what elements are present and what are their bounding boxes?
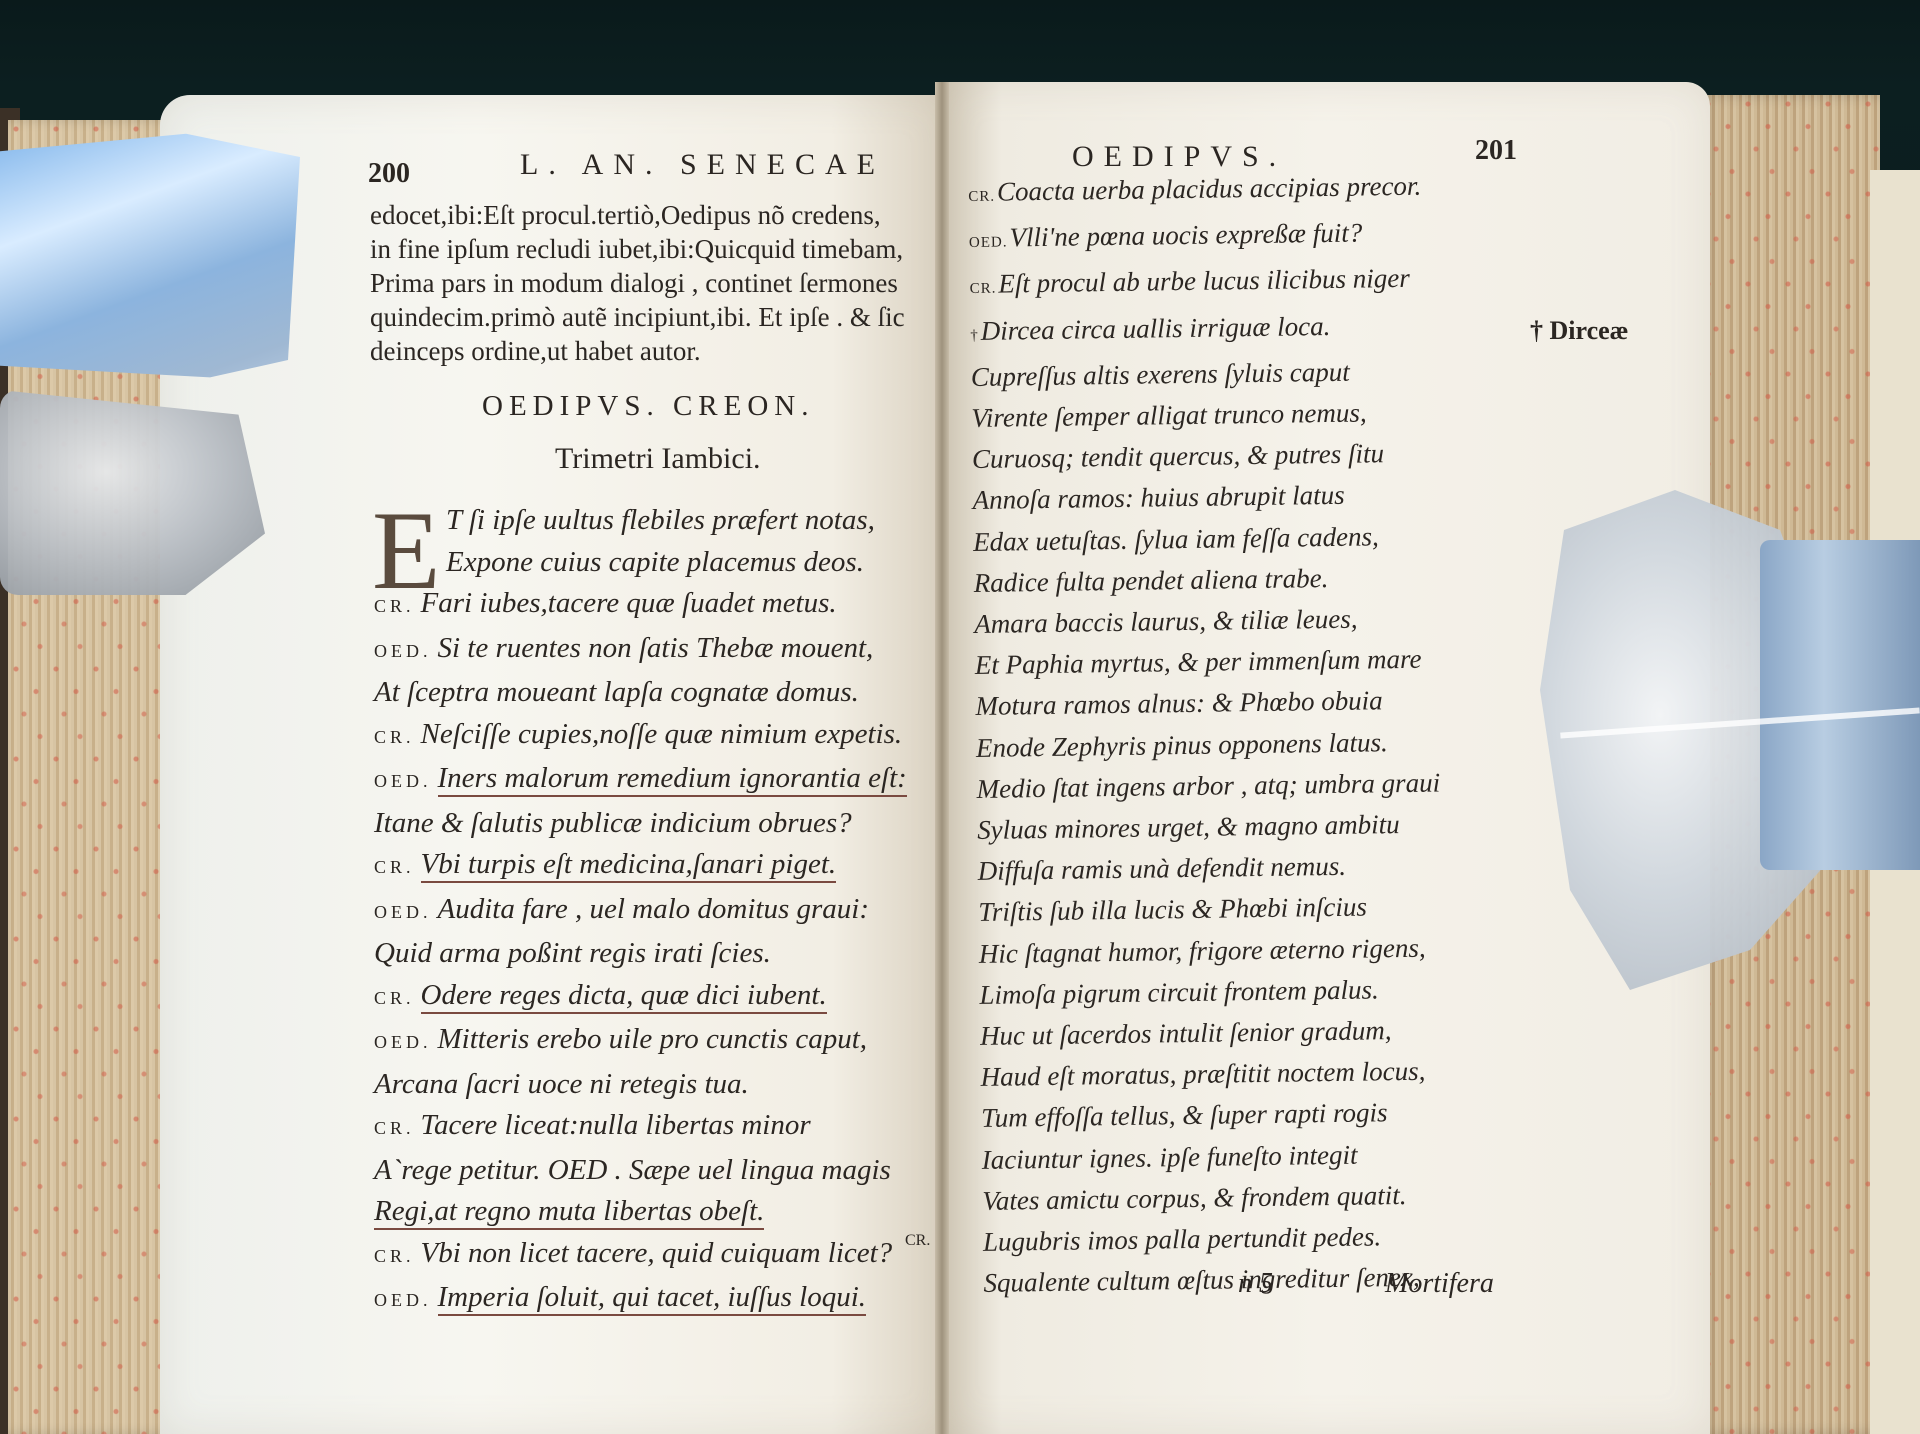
verse-line: Limoſa pigrum circuit frontem palus. (979, 968, 1443, 1016)
speaker-label: OED. (374, 771, 432, 791)
verse-line: Edax uetuſtas. ſylua iam feſſa cadens, (973, 515, 1437, 563)
verse-line: OED.Vlli'ne pœna uocis expreßæ fuit? (969, 212, 1433, 265)
prose-line: quindecim.primò autẽ incipiunt,ibi. Et i… (370, 300, 905, 334)
verse-line: †Dircea circa uallis irriguæ loca. (970, 304, 1434, 357)
verse-line: Squalente cultum œſtus ingreditur ſenex, (983, 1257, 1447, 1305)
verse-line: T ſi ipſe uultus flebiles præfert notas, (374, 500, 907, 542)
signature-mark: n 5 (1238, 1268, 1273, 1300)
left-verse-block: T ſi ipſe uultus flebiles præfert notas,… (374, 500, 907, 1322)
weight-bag-right-foil[interactable] (1760, 540, 1920, 870)
verse-line: Vates amictu corpus, & frondem quatit. (982, 1174, 1446, 1222)
verse-line: Cupreſſus altis exerens ſyluis caput (971, 350, 1435, 398)
verse-line: Diffuſa ramis unà defendit nemus. (977, 845, 1441, 893)
left-running-head: L. AN. SENECAE (520, 148, 885, 182)
meter-heading: Trimetri Iambici. (555, 442, 761, 476)
speaker-label: CR. (374, 1246, 415, 1266)
verse-line-underlined: CR.Odere reges dicta, quæ dici iubent. (374, 975, 907, 1020)
verse-line: Triſtis ſub illa lucis & Phœbi inſcius (978, 886, 1442, 934)
verse-line: Haud eſt moratus, præſtitit noctem locus… (980, 1051, 1444, 1099)
weight-bag-left-contents[interactable] (0, 390, 265, 595)
prose-line: Prima pars in modum dialogi , continet ſ… (370, 266, 905, 300)
dagger-mark: † (970, 327, 979, 343)
section-heading: OEDIPVS. CREON. (482, 390, 815, 423)
verse-line: Motura ramos alnus: & Phœbo obuia (975, 680, 1439, 728)
verse-line: CR.Neſciſſe cupies,noſſe quæ nimium expe… (374, 714, 907, 759)
verse-line: Lugubris imos palla pertundit pedes. (983, 1216, 1447, 1264)
speaker-label: CR. (374, 727, 415, 747)
left-prose-block: edocet,ibi:Eſt procul.tertiò,Oedipus nõ … (370, 198, 905, 368)
speaker-label: OED. (374, 641, 432, 661)
verse-line: OED.Audita fare , uel malo domitus graui… (374, 889, 907, 934)
verse-line: CR.Eſt procul ab urbe lucus ilicibus nig… (969, 258, 1433, 311)
verse-line: At ſceptra moueant lapſa cognatæ domus. (374, 672, 907, 714)
verse-line: Medio ſtat ingens arbor , atq; umbra gra… (976, 762, 1440, 810)
verse-line: CR.Fari iubes,tacere quæ ſuadet metus. (374, 583, 907, 628)
verse-line: Expone cuius capite placemus deos. (374, 542, 907, 584)
verse-line: A`rege petitur. OED . Sæpe uel lingua ma… (374, 1150, 907, 1192)
verse-line-underlined: OED.Iners malorum remedium ignorantia eſ… (374, 758, 907, 803)
verse-line-underlined: CR.Vbi turpis eſt medicina,ſanari piget. (374, 844, 907, 889)
verse-line: Radice fulta pendet aliena trabe. (973, 556, 1437, 604)
verse-line: Iaciuntur ignes. ipſe funeſto integit (982, 1133, 1446, 1181)
speaker-label: CR. (374, 988, 415, 1008)
prose-line: edocet,ibi:Eſt procul.tertiò,Oedipus nõ … (370, 198, 905, 232)
prose-line: in fine ipſum recludi iubet,ibi:Quicquid… (370, 232, 905, 266)
verse-line: Annoſa ramos: huius abrupit latus (972, 474, 1436, 522)
verse-line: Quid arma poßint regis irati ſcies. (374, 933, 907, 975)
verse-line: Huc ut ſacerdos intulit ſenior gradum, (980, 1010, 1444, 1058)
book-gutter (935, 82, 949, 1434)
speaker-label: OED. (969, 235, 1008, 252)
verse-line: OED.Si te ruentes non ſatis Thebæ mouent… (374, 628, 907, 673)
verse-line: Et Paphia myrtus, & per immenſum mare (975, 639, 1439, 687)
verse-line: CR.Tacere liceat:nulla libertas minor (374, 1105, 907, 1150)
left-catchword: CR. (905, 1232, 930, 1250)
prose-line: deinceps ordine,ut habet autor. (370, 334, 905, 368)
verse-line-underlined: Regi,at regno muta libertas obeſt. (374, 1191, 907, 1233)
right-verse-block: CR.Coacta uerba placidus accipias precor… (968, 166, 1447, 1305)
speaker-label: OED. (374, 1290, 432, 1310)
verse-line: CR.Coacta uerba placidus accipias precor… (968, 166, 1432, 219)
verse-line: Amara baccis laurus, & tiliæ leues, (974, 598, 1438, 646)
speaker-label: OED. (374, 1032, 432, 1052)
speaker-label: CR. (968, 189, 995, 205)
verse-line: Tum effoſſa tellus, & ſuper rapti rogis (981, 1092, 1445, 1140)
right-folio: 201 (1475, 135, 1517, 167)
verse-line: OED.Mitteris erebo uile pro cunctis capu… (374, 1019, 907, 1064)
verse-line: Hic ſtagnat humor, frigore æterno rigens… (979, 927, 1443, 975)
speaker-label: OED. (374, 902, 432, 922)
verse-line: Virente ſemper alligat trunco nemus, (971, 392, 1435, 440)
speaker-label: CR. (374, 1118, 415, 1138)
speaker-label: CR. (374, 596, 415, 616)
verse-line: Arcana ſacri uoce ni retegis tua. (374, 1064, 907, 1106)
speaker-label: CR. (970, 281, 997, 297)
left-folio: 200 (368, 158, 410, 190)
right-catchword: Mortifera (1385, 1268, 1494, 1300)
verse-line: Itane & ſalutis publicæ indicium obrues? (374, 803, 907, 845)
verse-line: CR.Vbi non licet tacere, quid cuiquam li… (374, 1233, 907, 1278)
verse-line-underlined: OED.Imperia ſoluit, qui tacet, iuſſus lo… (374, 1277, 907, 1322)
verse-line: Enode Zephyris pinus opponens latus. (976, 721, 1440, 769)
marginal-note: † Dirceæ (1530, 316, 1628, 346)
verse-line: Curuosq; tendit quercus, & putres ſitu (972, 433, 1436, 481)
verse-line: Syluas minores urget, & magno ambitu (977, 804, 1441, 852)
speaker-label: CR. (374, 857, 415, 877)
